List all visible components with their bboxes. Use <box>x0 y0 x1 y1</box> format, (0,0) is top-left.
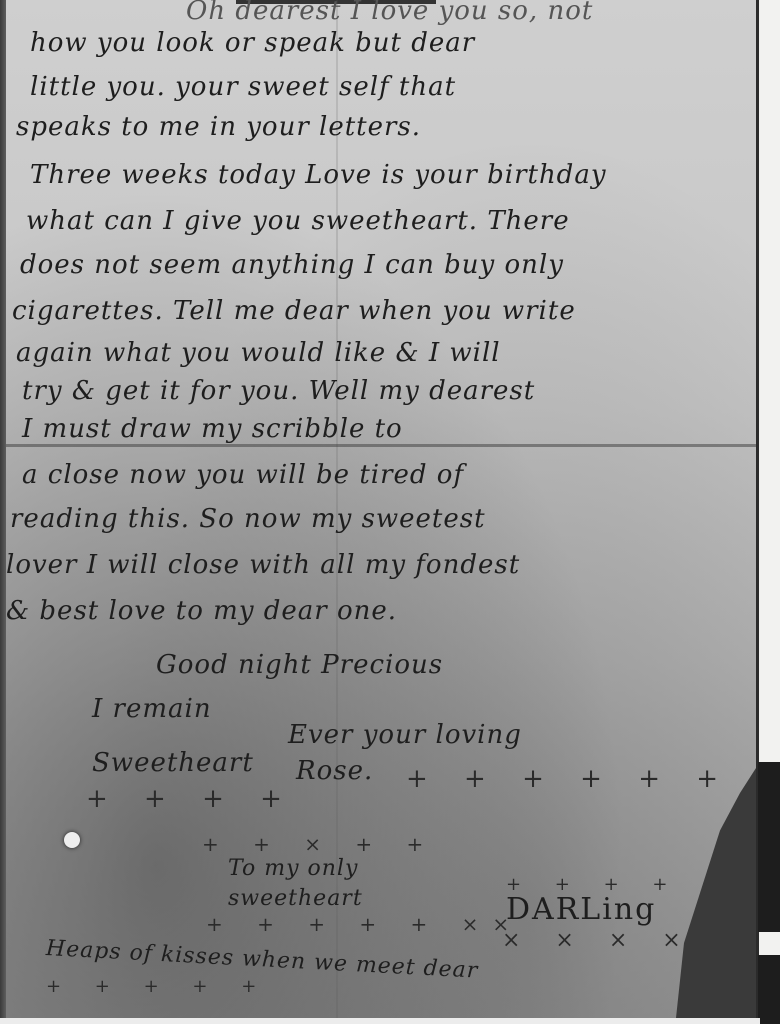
letter-line: again what you would like & I will <box>16 338 501 368</box>
closing-remain: I remain <box>92 694 212 724</box>
letter-line: lover I will close with all my fondest <box>6 550 520 580</box>
kisses-row: + + + + + ×× <box>206 912 523 936</box>
bottom-border <box>0 1018 760 1024</box>
postscript-to: To my only <box>228 856 358 881</box>
kisses-row: × × × × <box>502 928 695 953</box>
letter-line: speaks to me in your letters. <box>16 112 421 142</box>
letter-line: reading this. So now my sweetest <box>10 504 486 534</box>
postscript-sweetheart: sweetheart <box>228 886 363 911</box>
closing-good-night: Good night Precious <box>156 650 443 680</box>
letter-line: what can I give you sweetheart. There <box>26 206 570 236</box>
kisses-row: + + × + + <box>202 832 437 856</box>
kisses-row: + + + + + + + × <box>406 764 759 794</box>
letter-line: try & get it for you. Well my dearest <box>22 376 535 406</box>
kisses-row: + + + + <box>86 784 296 814</box>
postscript-darling: DARLing <box>506 892 656 927</box>
letter-line: a close now you will be tired of <box>22 460 464 490</box>
letter-line: how you look or speak but dear <box>30 28 475 58</box>
kisses-row: + + + + + <box>46 976 270 997</box>
handwritten-letter: Oh dearest I love you so, not how you lo… <box>6 0 759 1018</box>
letter-line: does not seem anything I can buy only <box>20 250 564 280</box>
letter-line: Three weeks today Love is your birthday <box>30 160 607 190</box>
signature-name: Rose. <box>296 756 373 786</box>
side-panel <box>758 955 780 1024</box>
letter-line: little you. your sweet self that <box>30 72 456 102</box>
letter-line: Oh dearest I love you so, not <box>186 0 593 26</box>
punch-hole <box>64 832 80 848</box>
horizontal-fold <box>6 444 756 447</box>
closing-ever: Ever your loving <box>288 720 522 750</box>
letter-line: & best love to my dear one. <box>6 596 397 626</box>
letter-line: cigarettes. Tell me dear when you write <box>12 296 576 326</box>
letter-line: I must draw my scribble to <box>22 414 403 444</box>
side-panel <box>758 762 780 932</box>
signature-prefix: Sweetheart <box>92 748 254 778</box>
